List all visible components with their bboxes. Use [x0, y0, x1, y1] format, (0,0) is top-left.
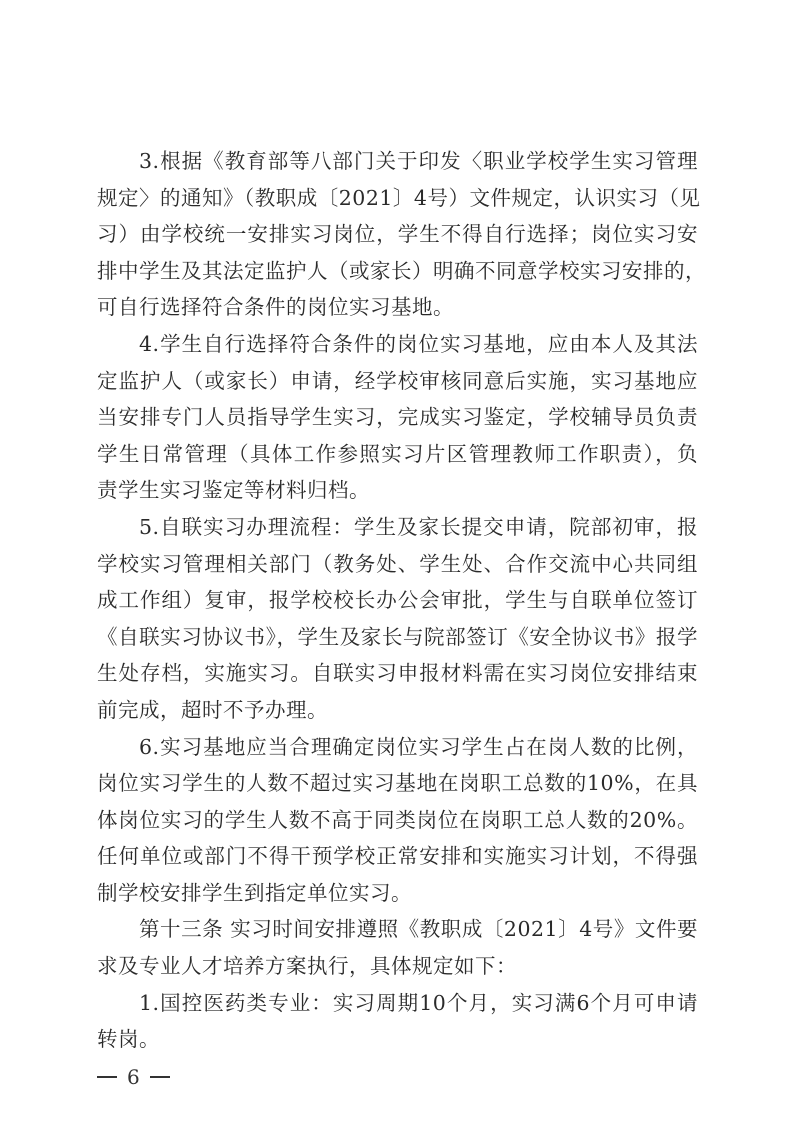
- text-line: 学生日常管理（具体工作参照实习片区管理教师工作职责），负: [97, 436, 698, 473]
- text-line: 学校实习管理相关部门（教务处、学生处、合作交流中心共同组: [97, 546, 698, 583]
- paragraph-article-13: 第十三条 实习时间安排遵照《教职成〔2021〕4号》文件要 求及专业人才培养方案…: [97, 911, 698, 984]
- paragraph-item-4: 4.学生自行选择符合条件的岗位实习基地，应由本人及其法 定监护人（或家长）申请，…: [97, 326, 698, 509]
- text-line: 转岗。: [97, 1021, 698, 1058]
- text-line: 规定〉的通知》（教职成〔2021〕4号）文件规定，认识实习（见: [97, 180, 698, 217]
- text-line: 《自联实习协议书》，学生及家长与院部签订《安全协议书》报学: [97, 619, 698, 656]
- text-line: 5.自联实习办理流程：学生及家长提交申请，院部初审，报: [97, 509, 698, 546]
- text-line: 当安排专门人员指导学生实习，完成实习鉴定，学校辅导员负责: [97, 399, 698, 436]
- paragraph-item-6: 6.实习基地应当合理确定岗位实习学生占在岗人数的比例， 岗位实习学生的人数不超过…: [97, 729, 698, 912]
- text-line: 成工作组）复审，报学校校长办公会审批，学生与自联单位签订: [97, 582, 698, 619]
- page-number: 6: [97, 1062, 170, 1092]
- text-line: 任何单位或部门不得干预学校正常安排和实施实习计划，不得强: [97, 838, 698, 875]
- text-line: 体岗位实习的学生人数不高于同类岗位在岗职工总人数的20%。: [97, 802, 698, 839]
- text-line: 可自行选择符合条件的岗位实习基地。: [97, 289, 698, 326]
- document-body: 3.根据《教育部等八部门关于印发〈职业学校学生实习管理 规定〉的通知》（教职成〔…: [97, 143, 698, 1058]
- page-number-value: 6: [127, 1062, 140, 1092]
- paragraph-article-13-item-1: 1.国控医药类专业：实习周期10个月，实习满6个月可申请 转岗。: [97, 985, 698, 1058]
- text-line: 第十三条 实习时间安排遵照《教职成〔2021〕4号》文件要: [97, 911, 698, 948]
- dash-right: [150, 1076, 170, 1078]
- text-line: 4.学生自行选择符合条件的岗位实习基地，应由本人及其法: [97, 326, 698, 363]
- text-line: 定监护人（或家长）申请，经学校审核同意后实施，实习基地应: [97, 363, 698, 400]
- text-line: 3.根据《教育部等八部门关于印发〈职业学校学生实习管理: [97, 143, 698, 180]
- document-page: 3.根据《教育部等八部门关于印发〈职业学校学生实习管理 规定〉的通知》（教职成〔…: [0, 0, 794, 1123]
- text-line: 习）由学校统一安排实习岗位，学生不得自行选择；岗位实习安: [97, 216, 698, 253]
- dash-left: [97, 1076, 117, 1078]
- text-line: 前完成，超时不予办理。: [97, 692, 698, 729]
- text-line: 1.国控医药类专业：实习周期10个月，实习满6个月可申请: [97, 985, 698, 1022]
- text-line: 制学校安排学生到指定单位实习。: [97, 875, 698, 912]
- text-line: 求及专业人才培养方案执行，具体规定如下：: [97, 948, 698, 985]
- text-line: 岗位实习学生的人数不超过实习基地在岗职工总数的10%，在具: [97, 765, 698, 802]
- text-line: 排中学生及其法定监护人（或家长）明确不同意学校实习安排的，: [97, 253, 698, 290]
- text-line: 生处存档，实施实习。自联实习申报材料需在实习岗位安排结束: [97, 655, 698, 692]
- paragraph-item-5: 5.自联实习办理流程：学生及家长提交申请，院部初审，报 学校实习管理相关部门（教…: [97, 509, 698, 729]
- text-line: 责学生实习鉴定等材料归档。: [97, 472, 698, 509]
- text-line: 6.实习基地应当合理确定岗位实习学生占在岗人数的比例，: [97, 729, 698, 766]
- paragraph-item-3: 3.根据《教育部等八部门关于印发〈职业学校学生实习管理 规定〉的通知》（教职成〔…: [97, 143, 698, 326]
